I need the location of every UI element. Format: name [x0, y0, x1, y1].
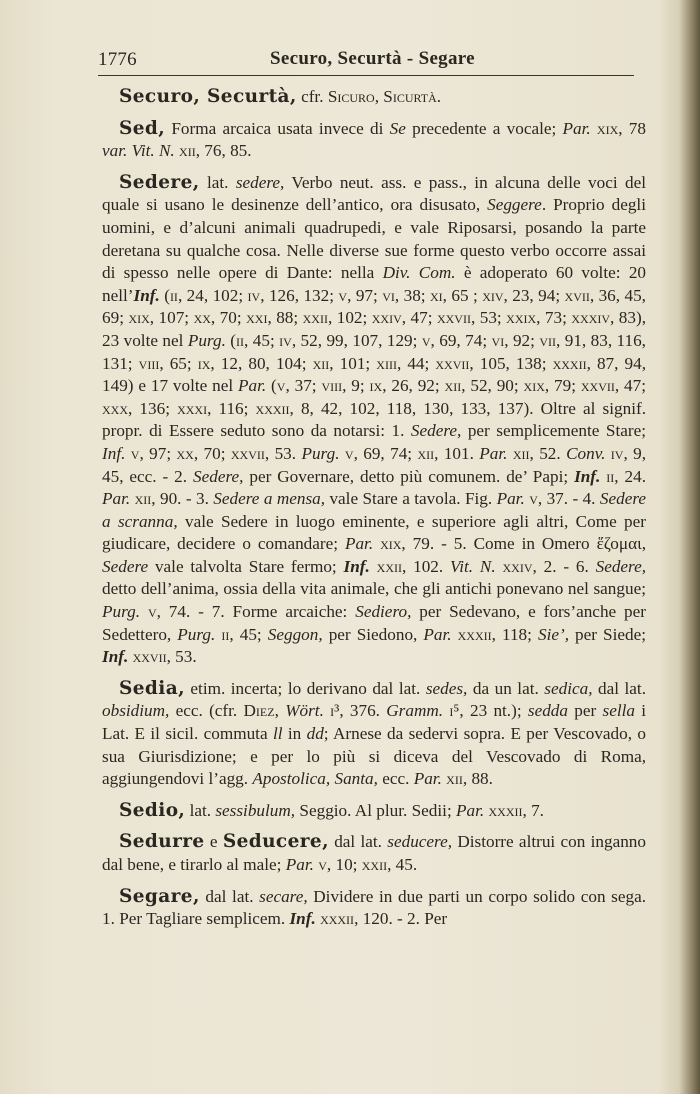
entry-sedia: Sedia, etim. incerta; lo derivano dal la… — [102, 678, 646, 791]
entry-text: , 53. — [167, 647, 197, 666]
citation-canto: xx — [194, 308, 211, 327]
dictionary-body: Securo, Securtà, cfr. Sicuro, Sicurtà. S… — [102, 86, 646, 940]
citation-work: Inf. — [344, 557, 370, 576]
entry-text: , 23 nt.); — [459, 701, 528, 720]
entry-text: ( — [226, 331, 236, 350]
entry-text: , 2. - 6. — [533, 557, 596, 576]
headword: Securo, Securtà, — [119, 86, 297, 107]
page-header: 1776 Securo, Securtà - Segare — [98, 48, 634, 76]
page-number: 1776 — [98, 49, 137, 71]
citation-canto: xii — [445, 376, 462, 395]
entry-text: , 24, 102; — [178, 286, 248, 305]
citation-work: Par. — [563, 119, 591, 138]
citation-canto: ii — [170, 286, 178, 305]
entry-text: , 92; — [504, 331, 539, 350]
entry-text: , 79; — [545, 376, 581, 395]
entry-text: Seggio. Al plur. Sedii; — [295, 801, 456, 820]
citation-canto: xii — [446, 769, 463, 788]
citation-canto: viii — [321, 376, 342, 395]
entry-text: , 88. — [463, 769, 493, 788]
entry-italic: Par. — [456, 801, 484, 820]
citation-canto: xxxii — [256, 399, 290, 418]
entry-italic: Purg. — [188, 331, 226, 350]
header-rule — [98, 75, 634, 76]
entry-text: , 116; — [207, 399, 255, 418]
entry-text: , 101. — [434, 444, 479, 463]
entry-italic: obsidium, — [102, 701, 169, 720]
entry-text: per Siedono, — [323, 625, 424, 644]
citation-work: var. Vit. N. — [102, 141, 175, 160]
headword-joiner: e — [205, 832, 223, 851]
entry-securo: Securo, Securtà, cfr. Sicuro, Sicurtà. — [102, 86, 646, 109]
entry-text: vale talvolta Stare fermo; — [148, 557, 343, 576]
entry-italic: Sedere, — [411, 421, 461, 440]
entry-text: , 52, 99, 107, 129; — [292, 331, 422, 350]
entry-text: per — [568, 701, 603, 720]
entry-text: , 24. — [614, 467, 646, 486]
entry-text: , 97; — [139, 444, 176, 463]
entry-text: per semplicemente Stare; — [461, 421, 646, 440]
entry-text: , 78 — [618, 119, 646, 138]
citation-canto: xii — [513, 444, 530, 463]
entry-text: , 37; — [285, 376, 321, 395]
citation-canto: v — [148, 602, 157, 621]
entry-italic: Par. — [479, 444, 507, 463]
entry-italic: Par. — [286, 855, 314, 874]
entry-segare: Segare, dal lat. secare, Dividere in due… — [102, 886, 646, 931]
entry-italic: Par. — [414, 769, 442, 788]
headword: Sedurre — [119, 831, 205, 852]
citation-canto: xxxii — [320, 909, 354, 928]
entry-text — [496, 557, 503, 576]
citation-canto: xxxii — [458, 625, 492, 644]
entry-text: lat. — [200, 173, 236, 192]
entry-text: ecc. — [378, 769, 414, 788]
entry-text: , 107; — [150, 308, 194, 327]
entry-text: , 23, 94; — [504, 286, 565, 305]
entry-text: , 69, 74; — [431, 331, 492, 350]
citation-canto: iv — [279, 331, 292, 350]
citation-canto: Diez — [244, 701, 275, 720]
entry-text: , 10; — [327, 855, 362, 874]
entry-text: , 74. - 7. Forme arcaiche: — [157, 602, 356, 621]
entry-text: ( — [266, 376, 277, 395]
entry-text: cfr. — [297, 87, 328, 106]
citation-canto: viii — [139, 354, 160, 373]
citation-canto: v — [345, 444, 354, 463]
entry-italic: sessibulum, — [215, 801, 295, 820]
citation-canto: iv — [611, 444, 624, 463]
citation-work: Inf. — [289, 909, 315, 928]
citation-canto: xxvii — [437, 308, 471, 327]
entry-italic: Vit. N. — [450, 557, 496, 576]
citation-canto: xii — [175, 141, 196, 160]
citation-canto: xvii — [565, 286, 590, 305]
citation-canto: xii — [417, 444, 434, 463]
entry-italic: Seggon, — [268, 625, 323, 644]
headword: Sed, — [119, 118, 165, 139]
book-page: 1776 Securo, Securtà - Segare Securo, Se… — [0, 0, 700, 1094]
entry-italic: dd — [307, 724, 324, 743]
citation-work: Inf. — [574, 467, 600, 486]
entry-text: , 73; — [536, 308, 571, 327]
entry-text: , 52, 90; — [461, 376, 523, 395]
entry-italic: Sie’, — [538, 625, 569, 644]
entry-italic: Sedere a mensa, — [213, 489, 325, 508]
citation-canto: xix — [380, 534, 401, 553]
entry-text: , 102; — [328, 308, 372, 327]
citation-canto: v — [318, 855, 327, 874]
citation-canto: ii — [236, 331, 244, 350]
headword: Sedia, — [119, 678, 185, 699]
entry-text: dal lat. — [593, 679, 647, 698]
entry-text: da un lat. — [467, 679, 544, 698]
citation-canto: ix — [198, 354, 211, 373]
citation-canto: v — [529, 489, 538, 508]
citation-work: Inf. — [102, 647, 128, 666]
entry-text: , 44; — [397, 354, 435, 373]
entry-text: per Siede; — [569, 625, 646, 644]
entry-text: , 126, 132; — [260, 286, 338, 305]
entry-sedio: Sedio, lat. sessibulum, Seggio. Al plur.… — [102, 800, 646, 823]
entry-text: , 76, 85. — [196, 141, 252, 160]
citation-canto: xxx — [102, 399, 128, 418]
citation-canto: xxvii — [435, 354, 469, 373]
citation-canto: iv — [248, 286, 261, 305]
entry-text: lat. sedere, Verbo neut. ass. e pass., i… — [102, 173, 646, 666]
entry-italic: Inf. — [102, 444, 125, 463]
entry-text: , 101; — [329, 354, 376, 373]
entry-text: ( — [160, 286, 170, 305]
cross-reference: Sicuro, Sicurtà. — [328, 87, 441, 106]
citation-canto: ix — [370, 376, 383, 395]
entry-italic: Par. — [345, 534, 373, 553]
entry-italic: sella — [603, 701, 635, 720]
entry-text: , 45; — [244, 331, 279, 350]
citation-canto: xxxii — [553, 354, 587, 373]
citation-canto: xii — [135, 489, 152, 508]
citation-canto: v — [422, 331, 431, 350]
entry-italic: sedes, — [426, 679, 468, 698]
entry-text: , 65; — [159, 354, 197, 373]
citation-canto: v — [338, 286, 347, 305]
citation-canto: xx — [177, 444, 194, 463]
entry-text: , 70; — [194, 444, 231, 463]
entry-text: , 79. - 5. Come in Omero ἕζομαι, — [401, 534, 646, 553]
entry-italic: Purg. — [102, 602, 140, 621]
entry-text: vale Stare a tavola. Fig. — [325, 489, 497, 508]
entry-italic: Gramm. — [386, 701, 443, 720]
entry-italic: Apostolica, Santa, — [252, 769, 378, 788]
entry-text: , 376. — [339, 701, 386, 720]
entry-text: , 102. — [402, 557, 450, 576]
entry-italic: sedica, — [544, 679, 592, 698]
headword-variant: Seducere, — [223, 831, 329, 852]
citation-canto: xiv — [482, 286, 503, 305]
entry-italic: Purg. — [301, 444, 339, 463]
citation-canto: xxiv — [503, 557, 533, 576]
entry-italic: Par. — [423, 625, 451, 644]
entry-text: , 37. - 4. — [538, 489, 600, 508]
entry-italic: Se — [390, 119, 406, 138]
citation-canto: xxvii — [133, 647, 167, 666]
entry-sedurre: Sedurre e Seducere, dal lat. seducere, D… — [102, 831, 646, 876]
citation-work: Inf. — [134, 286, 160, 305]
citation-canto: xix — [591, 119, 619, 138]
entry-italic: Sedere, — [596, 557, 646, 576]
entry-italic: Div. Com. — [383, 263, 456, 282]
entry-text: lat. sessibulum, Seggio. Al plur. Sedii;… — [185, 801, 544, 820]
entry-text: , 47; — [615, 376, 646, 395]
citation-canto: xi — [430, 286, 443, 305]
entry-text: precedente a vocale; — [406, 119, 563, 138]
citation-canto: xiii — [376, 354, 397, 373]
entry-text: , 65 ; — [443, 286, 483, 305]
entry-sedere: Sedere, lat. sedere, Verbo neut. ass. e … — [102, 172, 646, 669]
entry-text: , 45. — [387, 855, 417, 874]
citation-canto: xxxiv — [571, 308, 610, 327]
entry-text: , 120. - 2. Per — [354, 909, 447, 928]
entry-text — [140, 602, 148, 621]
entry-italic: seducere, — [387, 832, 452, 851]
entry-text: lat. — [185, 801, 215, 820]
entry-text: , 47; — [402, 308, 437, 327]
entry-text: , 53. — [265, 444, 302, 463]
entry-text: , 118; — [492, 625, 538, 644]
citation-canto: xxii — [377, 557, 402, 576]
entry-text — [370, 557, 377, 576]
entry-italic: ll — [273, 724, 283, 743]
entry-text: Forma arcaica usata invece di — [165, 119, 390, 138]
headword: Sedio, — [119, 800, 185, 821]
citation-canto: xxxii — [488, 801, 522, 820]
entry-text: , 53; — [471, 308, 506, 327]
entry-italic: Conv. — [566, 444, 605, 463]
citation-canto: xix — [524, 376, 545, 395]
headword: Segare, — [119, 886, 200, 907]
entry-italic: sedda — [528, 701, 568, 720]
entry-text: dal lat. — [200, 887, 259, 906]
citation-canto: xii — [313, 354, 330, 373]
citation-canto: xxxi — [177, 399, 207, 418]
citation-canto: xix — [128, 308, 149, 327]
citation-canto: xxiv — [372, 308, 402, 327]
citation-canto: vi — [382, 286, 395, 305]
citation-canto: xxvii — [581, 376, 615, 395]
entry-italic: Par. — [102, 489, 130, 508]
entry-italic: Purg. — [177, 625, 215, 644]
entry-text: , 12, 80, 104; — [210, 354, 312, 373]
entry-text: , 7. — [522, 801, 543, 820]
entry-text: , 26, 92; — [382, 376, 444, 395]
running-title: Securo, Securtà - Segare — [270, 48, 475, 70]
citation-canto: xxix — [506, 308, 536, 327]
entry-text: per Governare, detto più comunem. de’ Pa… — [243, 467, 574, 486]
entry-text: , 97; — [347, 286, 382, 305]
entry-italic: sedere, — [236, 173, 285, 192]
entry-italic: Sediero, — [355, 602, 411, 621]
entry-text: , — [275, 701, 286, 720]
citation-canto: vii — [539, 331, 556, 350]
citation-canto: xxvii — [231, 444, 265, 463]
citation-canto: xxii — [362, 855, 387, 874]
entry-italic: Seggere — [487, 195, 542, 214]
entry-italic: Par. — [238, 376, 266, 395]
entry-text: , 69, 74; — [354, 444, 418, 463]
entry-italic: Sedere, — [193, 467, 243, 486]
headword: Sedere, — [119, 172, 200, 193]
entry-text: , 136; — [128, 399, 177, 418]
entry-text: , 38; — [395, 286, 430, 305]
entry-text: detto dell’anima, ossia della vita anima… — [102, 579, 646, 598]
entry-text: , 90. - 3. — [151, 489, 213, 508]
entry-text: ecc. (cfr. — [169, 701, 243, 720]
entry-text: etim. incerta; lo derivano dal lat. — [185, 679, 426, 698]
entry-italic: Wört. — [285, 701, 324, 720]
entry-text: , 9; — [342, 376, 369, 395]
citation-canto: xxii — [303, 308, 328, 327]
entry-text: in — [283, 724, 307, 743]
entry-text: , 52. — [530, 444, 567, 463]
entry-text: dal lat. — [329, 832, 387, 851]
entry-italic: secare, — [259, 887, 308, 906]
entry-text: , 105, 138; — [469, 354, 552, 373]
entry-sed: Sed, Forma arcaica usata invece di Se pr… — [102, 118, 646, 163]
entry-text: , 88; — [267, 308, 302, 327]
entry-italic: Sedere — [102, 557, 148, 576]
citation-canto: xxi — [246, 308, 267, 327]
entry-italic: Par. — [497, 489, 525, 508]
entry-text: , 45; — [229, 625, 267, 644]
citation-canto: vi — [492, 331, 505, 350]
entry-text: , 70; — [211, 308, 246, 327]
